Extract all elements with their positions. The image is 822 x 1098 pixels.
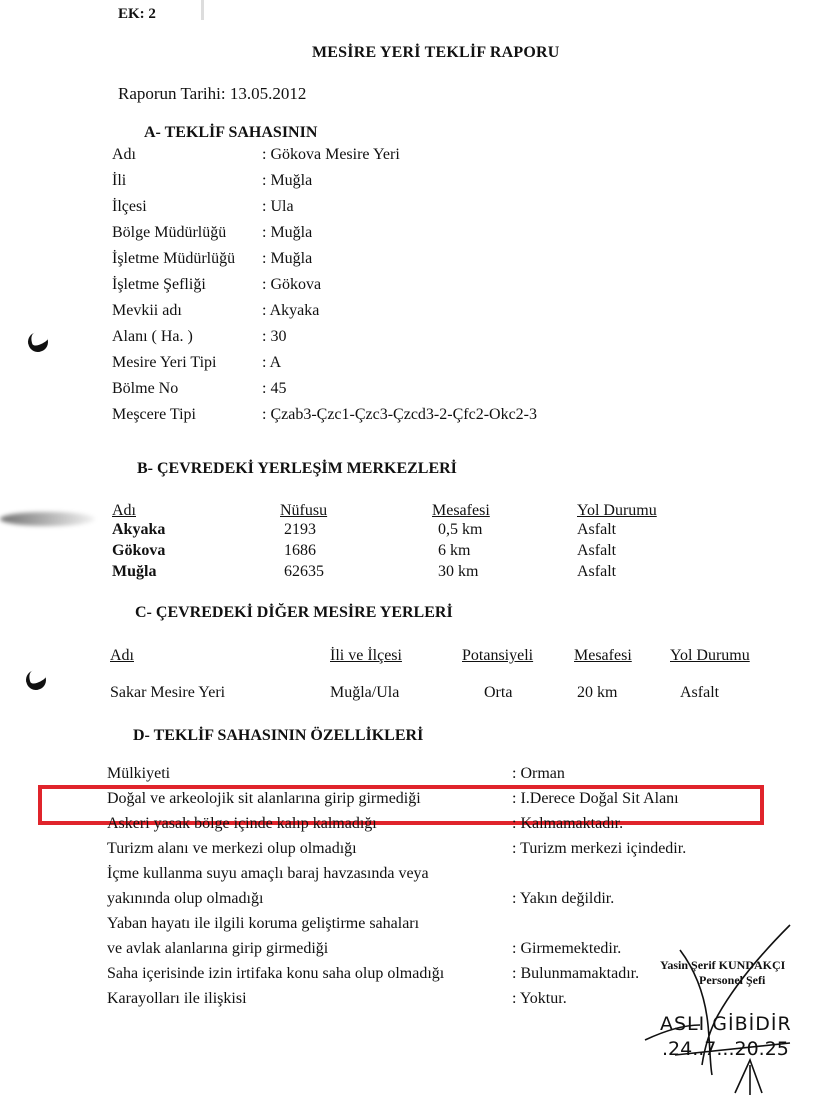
table-cell: 30 km — [438, 563, 478, 581]
column-header: Mesafesi — [432, 502, 490, 520]
field-label: Mevkii adı — [112, 302, 182, 320]
field-value: : Gökova — [262, 276, 321, 294]
table-cell: Asfalt — [577, 542, 616, 560]
table-cell: Gökova — [112, 542, 165, 560]
column-header: Yol Durumu — [670, 647, 750, 665]
signer-role: Personel Şefi — [699, 973, 765, 988]
table-cell: 20 km — [577, 684, 617, 702]
section-a-heading: A- TEKLİF SAHASININ — [144, 124, 317, 142]
scan-smudge — [0, 512, 95, 526]
table-cell: Orta — [484, 684, 512, 702]
table-cell: Asfalt — [577, 563, 616, 581]
report-date-label: Raporun Tarihi: — [118, 84, 226, 103]
item-label: Turizm alanı ve merkezi olup olmadığı — [107, 840, 357, 858]
table-cell: Akyaka — [112, 521, 165, 539]
field-value: : Muğla — [262, 224, 312, 242]
field-value: : A — [262, 354, 281, 372]
stamp-date: .24..7...20.25 — [662, 1038, 789, 1060]
column-header: Nüfusu — [280, 502, 327, 520]
column-header: İli ve İlçesi — [330, 647, 402, 665]
item-label: Doğal ve arkeolojik sit alanlarına girip… — [107, 790, 421, 808]
field-label: Meşcere Tipi — [112, 406, 196, 424]
column-header: Adı — [110, 647, 134, 665]
table-cell: Asfalt — [577, 521, 616, 539]
field-label: İşletme Müdürlüğü — [112, 250, 235, 268]
report-date-value: 13.05.2012 — [230, 84, 307, 103]
item-label: Yaban hayatı ile ilgili koruma geliştirm… — [107, 915, 419, 933]
item-value: : Kalmamaktadır. — [512, 815, 623, 833]
table-cell: 0,5 km — [438, 521, 482, 539]
signature-scribble-icon — [640, 915, 820, 1098]
field-value: : 45 — [262, 380, 286, 398]
item-value: : Orman — [512, 765, 565, 783]
table-cell: Sakar Mesire Yeri — [110, 684, 225, 702]
section-b-heading: B- ÇEVREDEKİ YERLEŞİM MERKEZLERİ — [137, 460, 457, 478]
field-value: : Ula — [262, 198, 294, 216]
item-label: Karayolları ile ilişkisi — [107, 990, 247, 1008]
field-label: İli — [112, 172, 126, 190]
field-label: İşletme Şefliği — [112, 276, 206, 294]
field-label: Alanı ( Ha. ) — [112, 328, 193, 346]
annex-label: EK: 2 — [118, 6, 156, 23]
punch-hole-mark — [25, 329, 51, 355]
column-header: Yol Durumu — [577, 502, 657, 520]
item-value: : Girmemektedir. — [512, 940, 621, 958]
item-value: : Yakın değildir. — [512, 890, 614, 908]
table-cell: 62635 — [284, 563, 324, 581]
field-value: : Muğla — [262, 172, 312, 190]
field-label: Bölme No — [112, 380, 178, 398]
column-header: Potansiyeli — [462, 647, 533, 665]
punch-hole-mark — [23, 667, 49, 693]
field-label: Adı — [112, 146, 136, 164]
item-value: : Bulunmamaktadır. — [512, 965, 639, 983]
item-value: : Turizm merkezi içindedir. — [512, 840, 686, 858]
table-cell: 2193 — [284, 521, 316, 539]
scan-edge-line — [201, 0, 204, 20]
report-date: Raporun Tarihi: 13.05.2012 — [118, 84, 306, 104]
page-title: MESİRE YERİ TEKLİF RAPORU — [312, 44, 560, 62]
certified-copy-stamp: ASLI GİBİDİR — [660, 1013, 792, 1035]
item-label: Saha içerisinde izin irtifaka konu saha … — [107, 965, 444, 983]
table-cell: Muğla/Ula — [330, 684, 399, 702]
item-value: : I.Derece Doğal Sit Alanı — [512, 790, 679, 808]
table-cell: 1686 — [284, 542, 316, 560]
column-header: Mesafesi — [574, 647, 632, 665]
field-label: Bölge Müdürlüğü — [112, 224, 226, 242]
table-cell: 6 km — [438, 542, 470, 560]
section-c-heading: C- ÇEVREDEKİ DİĞER MESİRE YERLERİ — [135, 604, 453, 622]
section-d-heading: D- TEKLİF SAHASININ ÖZELLİKLERİ — [133, 727, 423, 745]
field-value: : Çzab3-Çzc1-Çzc3-Çzcd3-2-Çfc2-Okc2-3 — [262, 406, 537, 424]
field-label: İlçesi — [112, 198, 147, 216]
field-label: Mesire Yeri Tipi — [112, 354, 216, 372]
field-value: : Akyaka — [262, 302, 319, 320]
item-label: ve avlak alanlarına girip girmediği — [107, 940, 328, 958]
item-value: : Yoktur. — [512, 990, 567, 1008]
field-value: : 30 — [262, 328, 286, 346]
field-value: : Muğla — [262, 250, 312, 268]
column-header: Adı — [112, 502, 136, 520]
table-cell: Asfalt — [680, 684, 719, 702]
table-cell: Muğla — [112, 563, 156, 581]
item-label: Askeri yasak bölge içinde kalıp kalmadığ… — [107, 815, 377, 833]
signer-name: Yasin Şerif KUNDAKÇI — [660, 958, 785, 973]
field-value: : Gökova Mesire Yeri — [262, 146, 400, 164]
item-label: yakınında olup olmadığı — [107, 890, 263, 908]
item-label: İçme kullanma suyu amaçlı baraj havzasın… — [107, 865, 429, 883]
item-label: Mülkiyeti — [107, 765, 170, 783]
